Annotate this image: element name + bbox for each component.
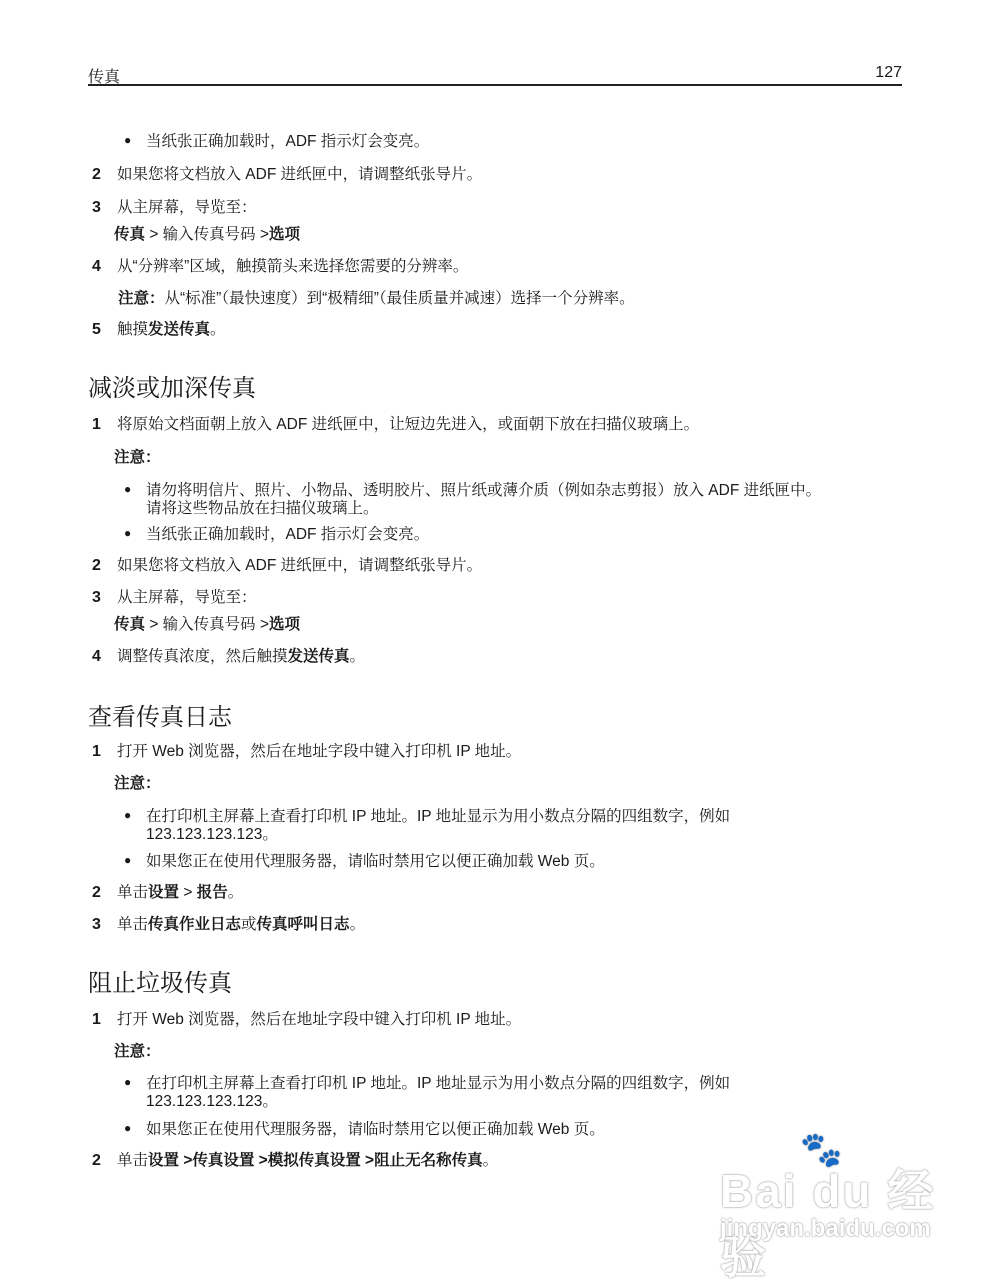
step-1: 1打开 Web 浏览器，然后在地址字段中键入打印机 IP 地址。 [92, 1010, 521, 1030]
bullet-item: ●如果您正在使用代理服务器，请临时禁用它以便正确加载 Web 页。 [124, 850, 605, 872]
step-3: 3从主屏幕，导览至： [92, 198, 257, 218]
section-heading: 减淡或加深传真 [88, 373, 256, 403]
bullet-icon: ● [124, 1072, 146, 1092]
bullet-icon: ● [124, 130, 146, 150]
step-4: 4调整传真浓度，然后触摸发送传真。 [92, 647, 365, 667]
nav-path: 传真 > 输入传真号码 >选项 [114, 225, 300, 245]
baidu-watermark: 🐾 Bai du 经验 jingyan.baidu.com [700, 1130, 960, 1250]
bullet-continuation: 123.123.123.123。 [146, 1092, 278, 1112]
page-header: 传真 127 [88, 62, 902, 86]
step-5: 5触摸发送传真。 [92, 320, 226, 340]
note: 注意：从“标准”（最快速度）到“极精细”（最佳质量并减速）选择一个分辨率。 [118, 289, 635, 309]
step-3: 3从主屏幕，导览至： [92, 588, 257, 608]
bullet-icon: ● [124, 479, 146, 499]
step-2: 2单击设置 > 报告。 [92, 883, 243, 903]
bullet-item: ●当纸张正确加载时，ADF 指示灯会变亮。 [124, 523, 429, 545]
note-label: 注意： [114, 774, 161, 794]
bullet-item: ●如果您正在使用代理服务器，请临时禁用它以便正确加载 Web 页。 [124, 1118, 605, 1140]
section-heading: 阻止垃圾传真 [88, 968, 232, 998]
watermark-url: jingyan.baidu.com [720, 1215, 931, 1243]
step-2: 2单击设置 >传真设置 >模拟传真设置 >阻止无名称传真。 [92, 1151, 498, 1171]
chapter-title: 传真 [88, 64, 120, 87]
section-heading: 查看传真日志 [88, 702, 232, 732]
bullet-icon: ● [124, 850, 146, 870]
note-label: 注意： [114, 448, 161, 468]
bullet-icon: ● [124, 523, 146, 543]
note-label: 注意： [114, 1042, 161, 1062]
bullet-continuation: 请将这些物品放在扫描仪玻璃上。 [146, 499, 379, 519]
step-2: 2如果您将文档放入 ADF 进纸匣中，请调整纸张导片。 [92, 165, 482, 185]
step-4: 4从“分辨率”区域，触摸箭头来选择您需要的分辨率。 [92, 257, 468, 277]
page-number: 127 [875, 64, 902, 82]
step-2: 2如果您将文档放入 ADF 进纸匣中，请调整纸张导片。 [92, 556, 482, 576]
bullet-continuation: 123.123.123.123。 [146, 825, 278, 845]
bullet-item: ●当纸张正确加载时，ADF 指示灯会变亮。 [124, 130, 429, 152]
nav-path: 传真 > 输入传真号码 >选项 [114, 615, 300, 635]
bullet-icon: ● [124, 805, 146, 825]
bullet-item: ●请勿将明信片、照片、小物品、透明胶片、照片纸或薄介质（例如杂志剪报）放入 AD… [124, 479, 821, 501]
bullet-icon: ● [124, 1118, 146, 1138]
step-1: 1将原始文档面朝上放入 ADF 进纸匣中，让短边先进入，或面朝下放在扫描仪玻璃上… [92, 415, 699, 435]
step-1: 1打开 Web 浏览器，然后在地址字段中键入打印机 IP 地址。 [92, 742, 521, 762]
bullet-item: ●在打印机主屏幕上查看打印机 IP 地址。IP 地址显示为用小数点分隔的四组数字… [124, 1072, 730, 1094]
bullet-item: ●在打印机主屏幕上查看打印机 IP 地址。IP 地址显示为用小数点分隔的四组数字… [124, 805, 730, 827]
step-3: 3单击传真作业日志或传真呼叫日志。 [92, 915, 365, 935]
